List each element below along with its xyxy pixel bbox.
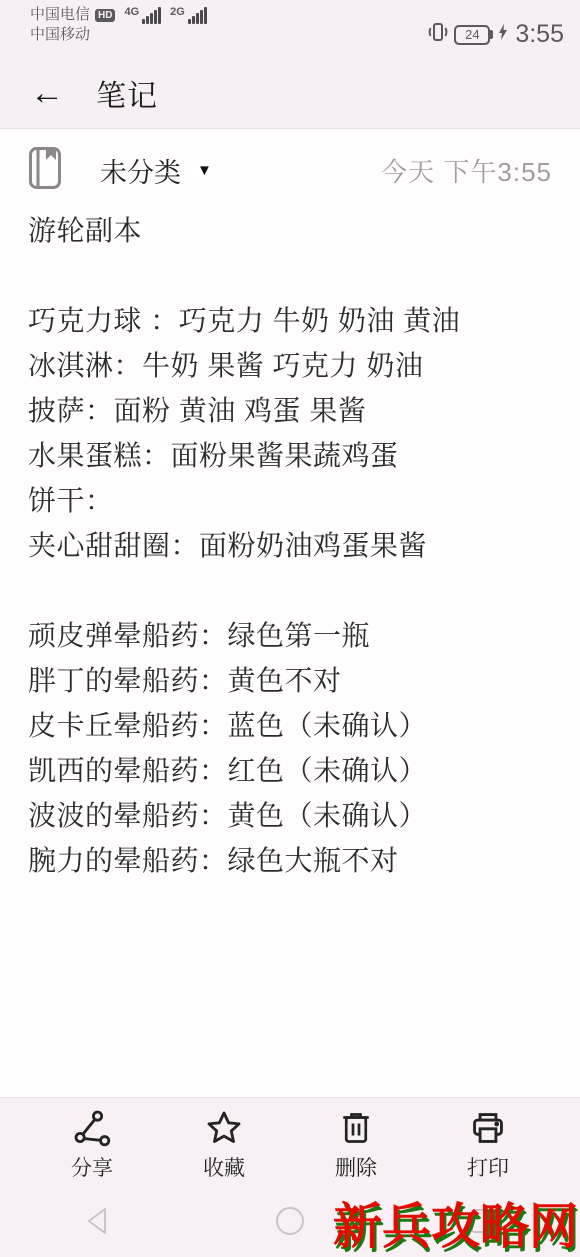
delete-label: 删除 xyxy=(335,1152,377,1182)
favorite-label: 收藏 xyxy=(203,1152,245,1182)
star-icon xyxy=(204,1109,244,1147)
share-icon xyxy=(73,1109,111,1147)
nav-back-icon xyxy=(84,1206,110,1241)
watermark-text: 新兵攻略网 xyxy=(333,1199,578,1255)
note-line: 皮卡丘晕船药：蓝色（未确认） xyxy=(28,703,552,748)
vibrate-icon xyxy=(427,21,449,48)
category-row: 未分类 ▼ 今天 下午3:55 xyxy=(28,146,552,194)
note-line: 巧克力球 ：巧克力 牛奶 奶油 黄油 xyxy=(28,298,552,343)
print-label: 打印 xyxy=(467,1152,509,1182)
signal-sim2: 2G xyxy=(170,7,207,24)
phone-screen: 中国电信 HD 4G 2G 中国移动 24 xyxy=(0,0,580,1257)
note-line: 腕力的晕船药：绿色大瓶不对 xyxy=(28,838,552,883)
carrier-2-label: 中国移动 xyxy=(30,25,207,45)
note-line: 水果蛋糕：面粉果酱果蔬鸡蛋 xyxy=(28,433,552,478)
note-line xyxy=(28,568,552,613)
nav-back-button[interactable] xyxy=(0,1190,193,1257)
note-line: 波波的晕船药：黄色（未确认） xyxy=(28,793,552,838)
status-bar: 中国电信 HD 4G 2G 中国移动 24 xyxy=(0,0,580,58)
favorite-button[interactable]: 收藏 xyxy=(181,1109,267,1190)
hd-badge: HD xyxy=(95,9,115,22)
status-time: 3:55 xyxy=(515,20,564,49)
print-button[interactable]: 打印 xyxy=(445,1109,531,1190)
share-label: 分享 xyxy=(71,1152,113,1182)
bottom-toolbar: 分享 收藏 删除 xyxy=(0,1097,580,1190)
note-line: 顽皮弹晕船药：绿色第一瓶 xyxy=(28,613,552,658)
nav-home-icon xyxy=(274,1205,306,1242)
app-header: ← 笔记 xyxy=(0,58,580,129)
share-button[interactable]: 分享 xyxy=(49,1109,135,1190)
delete-button[interactable]: 删除 xyxy=(313,1109,399,1190)
note-line xyxy=(28,253,552,298)
signal-sim1: 4G xyxy=(124,7,161,24)
printer-icon xyxy=(469,1109,507,1147)
charging-bolt-icon xyxy=(498,24,508,45)
note-line: 夹心甜甜圈：面粉奶油鸡蛋果酱 xyxy=(28,523,552,568)
note-line: 披萨：面粉 黄油 鸡蛋 果酱 xyxy=(28,388,552,433)
network-type-sim1: 4G xyxy=(124,7,139,18)
note-line: 胖丁的晕船药：黄色不对 xyxy=(28,658,552,703)
battery-indicator: 24 xyxy=(454,25,493,45)
note-line: 饼干： xyxy=(28,478,552,523)
trash-icon xyxy=(338,1109,374,1147)
back-button[interactable]: ← xyxy=(30,76,64,110)
status-carriers: 中国电信 HD 4G 2G 中国移动 xyxy=(30,5,207,58)
carrier-1-label: 中国电信 xyxy=(30,5,90,25)
notebook-icon xyxy=(28,146,62,195)
note-line: 游轮副本 xyxy=(28,208,552,253)
chevron-down-icon[interactable]: ▼ xyxy=(197,162,212,179)
note-content[interactable]: 游轮副本 巧克力球 ：巧克力 牛奶 奶油 黄油 冰淇淋：牛奶 果酱 巧克力 奶油… xyxy=(28,208,552,883)
note-line: 冰淇淋：牛奶 果酱 巧克力 奶油 xyxy=(28,343,552,388)
note-line: 凯西的晕船药：红色（未确认） xyxy=(28,748,552,793)
category-selector[interactable]: 未分类 xyxy=(100,151,181,190)
network-type-sim2: 2G xyxy=(170,7,185,18)
page-title: 笔记 xyxy=(96,71,158,115)
note-timestamp: 今天 下午3:55 xyxy=(381,152,552,189)
battery-percent: 24 xyxy=(454,25,490,45)
note-editor[interactable]: 未分类 ▼ 今天 下午3:55 游轮副本 巧克力球 ：巧克力 牛奶 奶油 黄油 … xyxy=(0,130,580,1097)
